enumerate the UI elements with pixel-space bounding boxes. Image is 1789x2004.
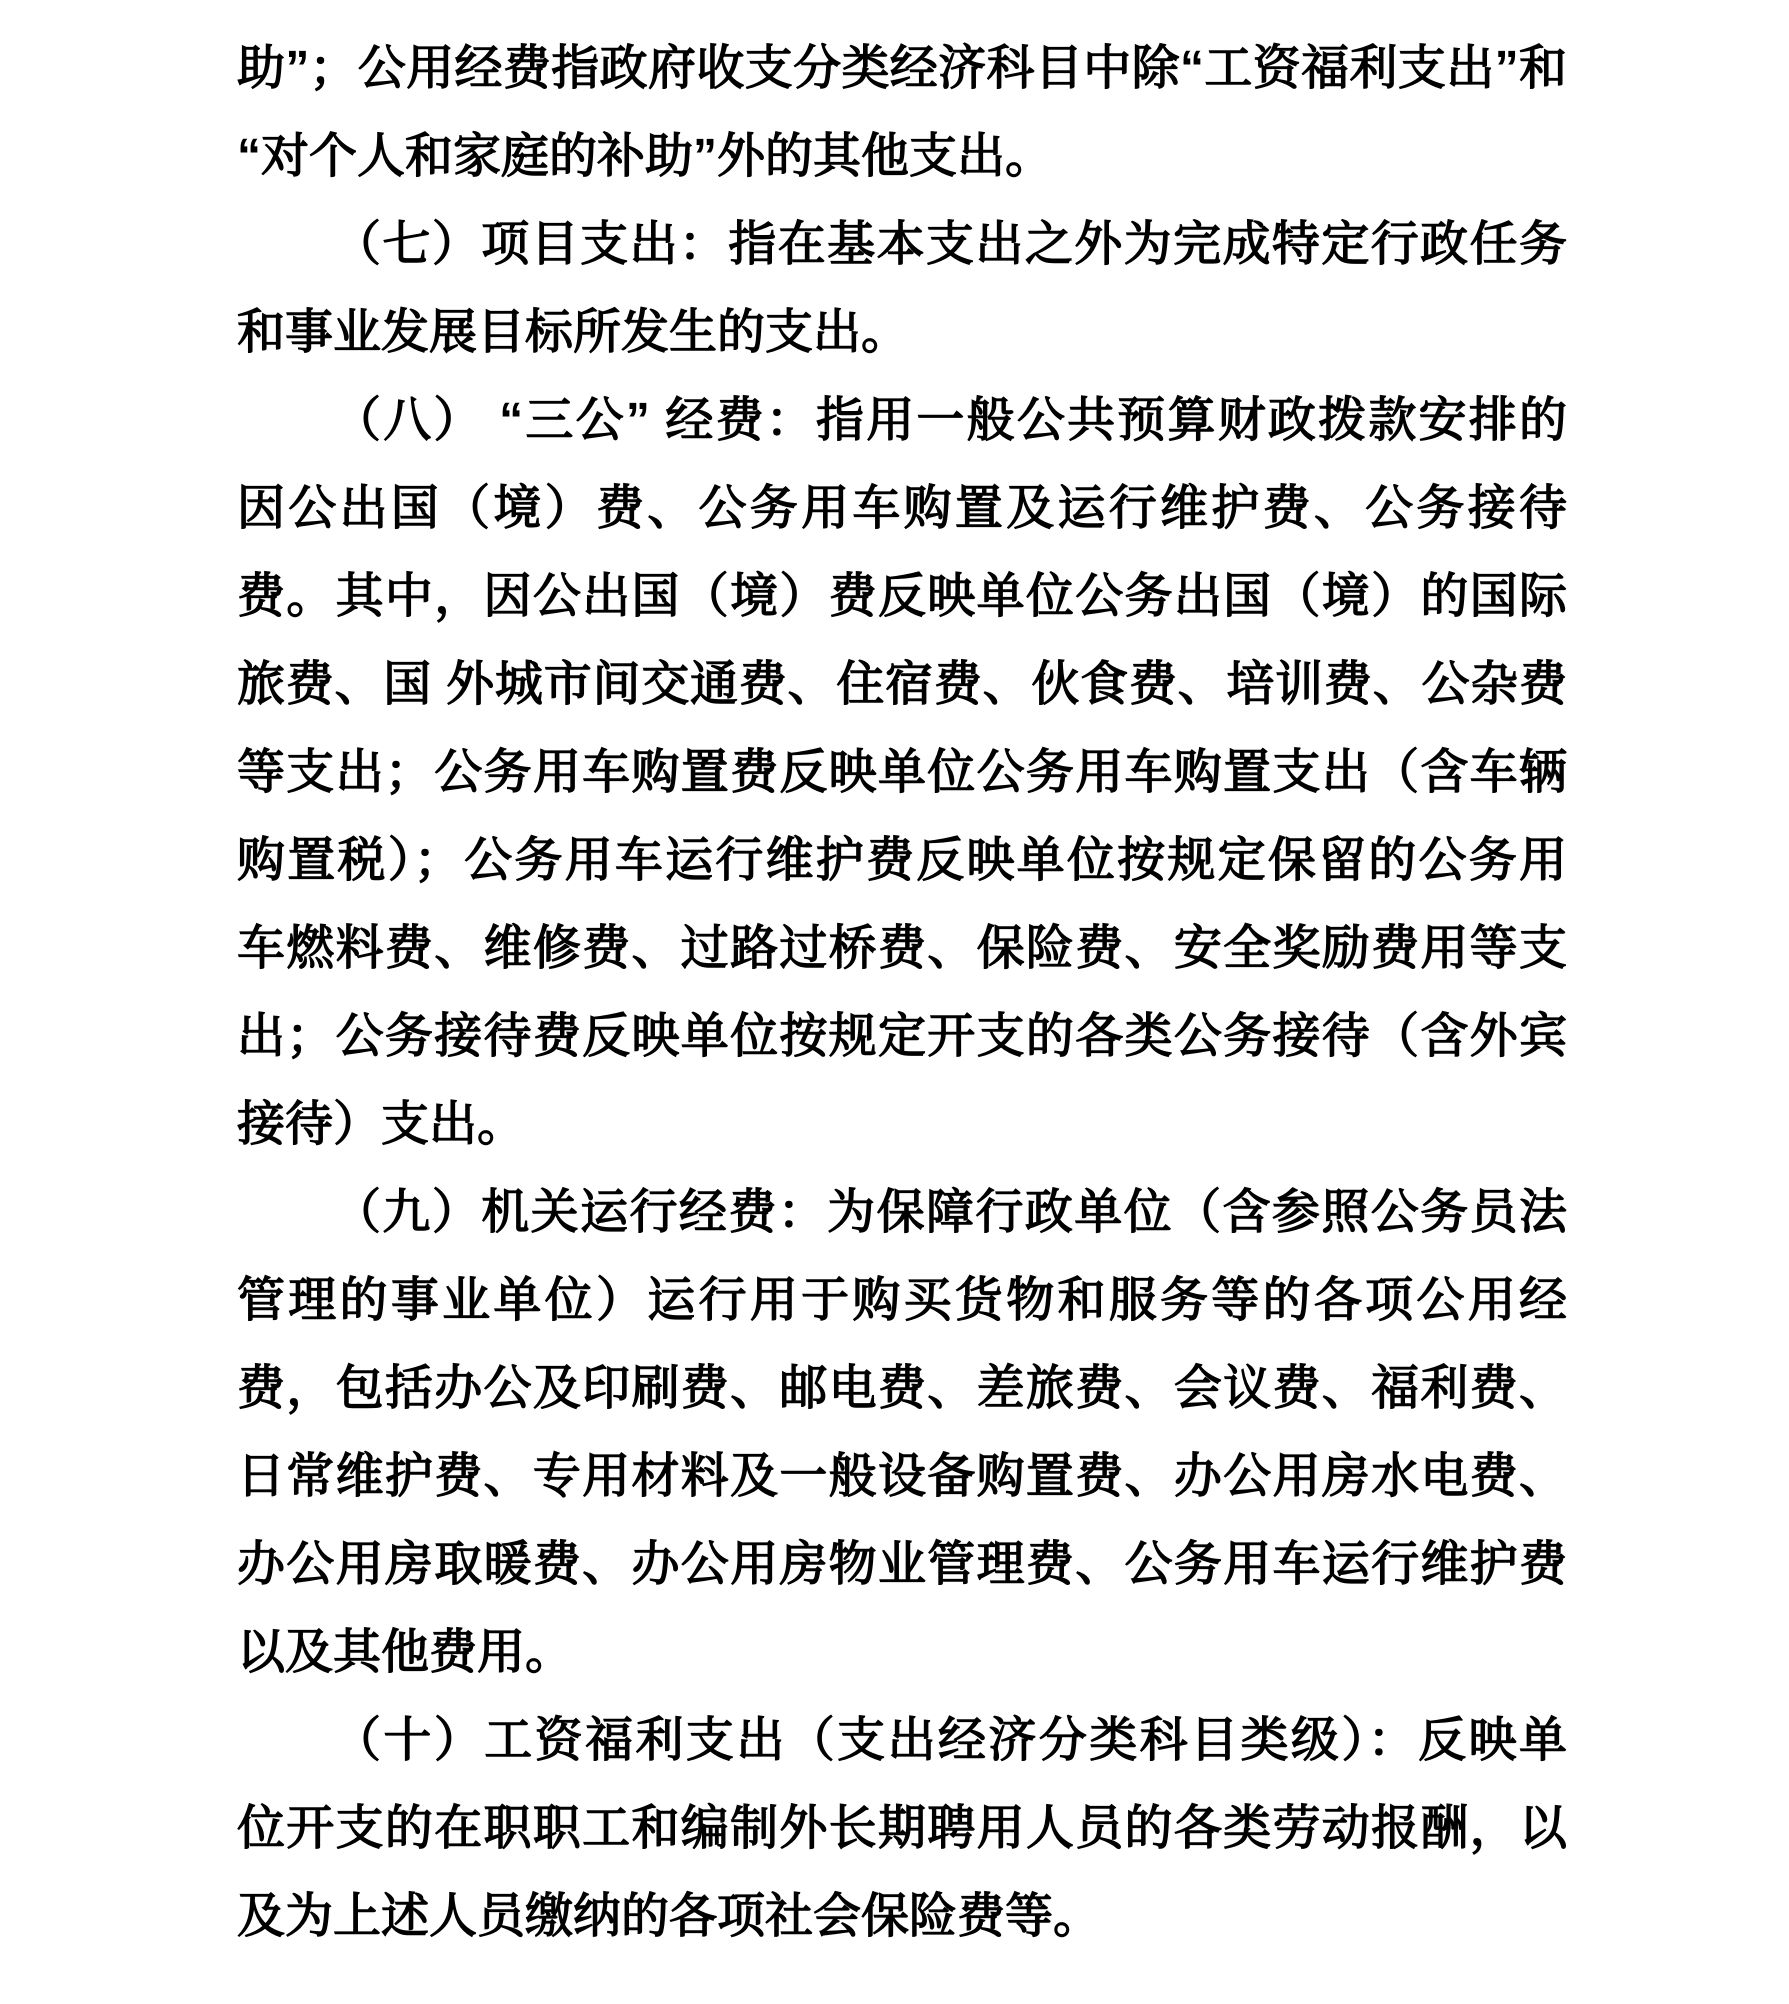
text-line: 费。其中，因公出国（境）费反映单位公务出国（境）的国际 bbox=[237, 553, 1567, 641]
text-line: 购置税）；公务用车运行维护费反映单位按规定保留的公务用 bbox=[237, 817, 1567, 905]
text-block: 助”；公用经费指政府收支分类经济科目中除“工资福利支出”和 “对个人和家庭的补助… bbox=[237, 25, 1567, 1961]
text-line: 因公出国（境）费、公务用车购置及运行维护费、公务接待 bbox=[237, 465, 1567, 553]
text-line: （八） “三公” 经费：指用一般公共预算财政拨款安排的 bbox=[237, 377, 1567, 465]
text-line: （十）工资福利支出（支出经济分类科目类级）：反映单 bbox=[237, 1697, 1567, 1785]
text-line: 日常维护费、专用材料及一般设备购置费、办公用房水电费、 bbox=[237, 1433, 1567, 1521]
text-line: 助”；公用经费指政府收支分类经济科目中除“工资福利支出”和 bbox=[237, 25, 1567, 113]
text-line: 及为上述人员缴纳的各项社会保险费等。 bbox=[237, 1873, 1567, 1961]
text-line: 办公用房取暖费、办公用房物业管理费、公务用车运行维护费 bbox=[237, 1521, 1567, 1609]
text-line: 费，包括办公及印刷费、邮电费、差旅费、会议费、福利费、 bbox=[237, 1345, 1567, 1433]
document-page: 助”；公用经费指政府收支分类经济科目中除“工资福利支出”和 “对个人和家庭的补助… bbox=[0, 0, 1789, 2004]
text-line: （七）项目支出：指在基本支出之外为完成特定行政任务 bbox=[237, 201, 1567, 289]
text-line: （九）机关运行经费：为保障行政单位（含参照公务员法 bbox=[237, 1169, 1567, 1257]
text-line: 等支出；公务用车购置费反映单位公务用车购置支出（含车辆 bbox=[237, 729, 1567, 817]
text-line: 旅费、国 外城市间交通费、住宿费、伙食费、培训费、公杂费 bbox=[237, 641, 1567, 729]
text-line: 出；公务接待费反映单位按规定开支的各类公务接待（含外宾 bbox=[237, 993, 1567, 1081]
text-line: 位开支的在职职工和编制外长期聘用人员的各类劳动报酬，以 bbox=[237, 1785, 1567, 1873]
text-line: “对个人和家庭的补助”外的其他支出。 bbox=[237, 113, 1567, 201]
text-line: 车燃料费、维修费、过路过桥费、保险费、安全奖励费用等支 bbox=[237, 905, 1567, 993]
text-line: 以及其他费用。 bbox=[237, 1609, 1567, 1697]
text-line: 接待）支出。 bbox=[237, 1081, 1567, 1169]
text-line: 管理的事业单位）运行用于购买货物和服务等的各项公用经 bbox=[237, 1257, 1567, 1345]
text-line: 和事业发展目标所发生的支出。 bbox=[237, 289, 1567, 377]
